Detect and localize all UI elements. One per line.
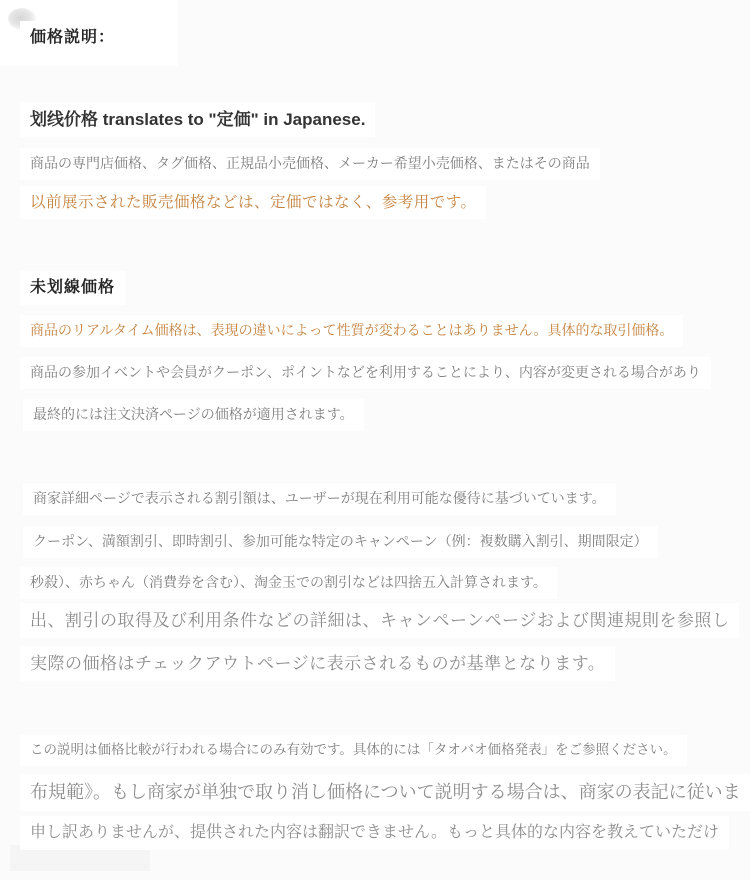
paragraph-reference-price-note: 以前展示された販売価格などは、定価ではなく、参考用です。 (20, 186, 486, 219)
paragraph-publication-rules: 布規範》。もし商家が単独で取り消し価格について説明する場合は、商家の表記に従いま (20, 774, 750, 811)
heading-strikethrough-price: 划线价格 translates to "定価" in Japanese. (20, 102, 375, 137)
paragraph-translation-apology: 申し訳ありませんが、提供された内容は翻訳できません。もっと具体的な内容を教えてい… (20, 816, 729, 850)
paragraph-event-coupon: 商品の参加イベントや会員がクーポン、ポイントなどを利用することにより、内容が変更… (20, 357, 711, 389)
paragraph-price-comparison-note: この説明は価格比較が行われる場合にのみ有効です。具体的には「タオバオ価格発表」を… (20, 735, 687, 766)
paragraph-coupon-types: クーポン、満額割引、即時割引、参加可能な特定のキャンペーン（例：複数購入割引、期… (23, 526, 658, 558)
paragraph-realtime-price: 商品のリアルタイム価格は、表現の違いによって性質が変わることはありません。具体的… (20, 315, 683, 347)
paragraph-discount-conditions: 出、割引の取得及び利用条件などの詳細は、キャンペーンページおよび関連規則を参照し (20, 603, 739, 638)
paragraph-merchant-discount: 商家詳細ページで表示される割引額は、ユーザーが現在利用可能な優待に基づいています… (23, 483, 616, 515)
page-title: 価格説明： (20, 21, 125, 55)
paragraph-final-checkout-price: 最終的には注文決済ページの価格が適用されます。 (23, 399, 364, 431)
price-explanation-page: { "colors": { "accent_orange": "#c5813d"… (0, 0, 750, 880)
paragraph-actual-price-basis: 実際の価格はチェックアウトページに表示されるものが基準となります。 (20, 646, 615, 681)
section-heading-unstruck-price: 未划線価格 (20, 271, 125, 305)
paragraph-list-price-definition: 商品の専門店価格、タグ価格、正規品小売価格、メーカー希望小売価格、またはその商品 (20, 148, 600, 180)
paragraph-rounding: 秒殺）、赤ちゃん（消費券を含む）、淘金玉での割引などは四捨五入計算されます。 (20, 567, 557, 599)
